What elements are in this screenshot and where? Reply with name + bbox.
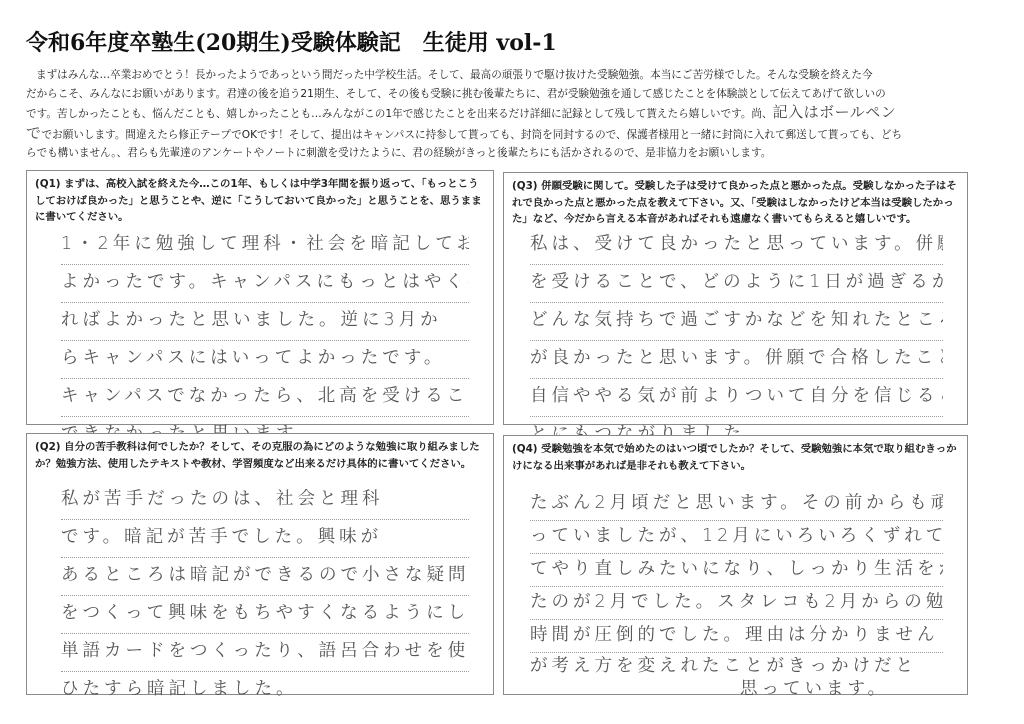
answer-line: 思っています。 (530, 679, 943, 703)
answer-line: 私が苦手だったのは、社会と理科 (61, 482, 469, 520)
answer-line: たのが2月でした。スタレコも2月からの勉強 (530, 587, 943, 620)
title-sub: 生徒用 vol-1 (423, 30, 557, 56)
answer-line: をつくって興味をもちやすくなるようにしました。 (61, 596, 469, 634)
answer-line: っていましたが、12月にいろいろくずれてしまっ (530, 521, 943, 554)
answer-line: キャンパスでなかったら、北高を受けることすら (61, 379, 469, 417)
question-box-q2: (Q2) 自分の苦手教科は何でしたか？そして、その克服の為にどのような勉強に取り… (26, 433, 494, 695)
answer-area-q1[interactable]: 1・2年に勉強して理科・社会を暗記しておけば よかったです。キャンパスにもっとは… (61, 227, 469, 455)
answer-area-q4[interactable]: たぶん2月頃だと思います。その前からも頑張 っていましたが、12月にいろいろくず… (530, 488, 943, 703)
answer-line: ればよかったと思いました。逆に3月か (61, 303, 469, 341)
answer-line: たぶん2月頃だと思います。その前からも頑張 (530, 488, 943, 521)
answer-line: が良かったと思います。併願で合格したことで、 (530, 341, 943, 379)
question-prompt-q1: (Q1) まずは、高校入試を終えた今…この1年、もしくは中学3年間を振り返って、… (35, 176, 485, 226)
answer-line: どんな気持ちで過ごすかなどを知れたところ (530, 303, 943, 341)
question-box-q4: (Q4) 受験勉強を本気で始めたのはいつ頃でしたか？そして、受験勉強に本気で取り… (503, 435, 968, 695)
answer-line: あるところは暗記ができるので小さな疑問 (61, 558, 469, 596)
answer-line: 時間が圧倒的でした。理由は分かりません (530, 620, 943, 653)
intro-line-2: だからこそ、みんなにお願いがあります。君達の後を追う21期生、そして、その後も受… (26, 85, 1006, 104)
question-box-q1: (Q1) まずは、高校入試を終えた今…この1年、もしくは中学3年間を振り返って、… (26, 170, 494, 425)
intro-line-4: ででお願いします。間違えたら修正テープでOKです！そして、提出はキャンパスに持参… (26, 124, 1006, 145)
answer-line: が考え方を変えれたことがきっかけだと (530, 653, 943, 679)
answer-area-q3[interactable]: 私は、受けて良かったと思っています。併願 を受けることで、どのように1日が過ぎる… (530, 227, 943, 455)
answer-line: を受けることで、どのように1日が過ぎるか、 (530, 265, 943, 303)
question-prompt-q2: (Q2) 自分の苦手教科は何でしたか？そして、その克服の為にどのような勉強に取り… (35, 439, 485, 472)
intro-line-1: まずはみんな…卒業おめでとう！長かったようであっという間だった中学校生活。そして… (26, 66, 1006, 85)
answer-line: らキャンパスにはいってよかったです。 (61, 341, 469, 379)
intro-paragraph: まずはみんな…卒業おめでとう！長かったようであっという間だった中学校生活。そして… (26, 66, 1006, 163)
answer-line: 私は、受けて良かったと思っています。併願 (530, 227, 943, 265)
page-title: 令和6年度卒塾生(20期生)受験体験記生徒用 vol-1 (26, 26, 557, 57)
question-prompt-q4: (Q4) 受験勉強を本気で始めたのはいつ頃でしたか？そして、受験勉強に本気で取り… (512, 441, 959, 474)
answer-area-q2[interactable]: 私が苦手だったのは、社会と理科 です。暗記が苦手でした。興味が あるところは暗記… (61, 482, 469, 710)
intro-emphasis: 記入はボールペン (773, 103, 897, 121)
answer-line: ひたすら暗記しました。 (61, 672, 469, 710)
intro-line-3: です。苦しかったことも、悩んだことも、嬉しかったことも…みんながこの1年で感じた… (26, 103, 1006, 124)
question-prompt-q3: (Q3) 併願受験に関して。受験した子は受けて良かった点と悪かった点。受験しなか… (512, 178, 959, 228)
answer-line: 単語カードをつくったり、語呂合わせを使って (61, 634, 469, 672)
question-box-q3: (Q3) 併願受験に関して。受験した子は受けて良かった点と悪かった点。受験しなか… (503, 172, 968, 425)
answer-line: です。暗記が苦手でした。興味が (61, 520, 469, 558)
intro-line-5: らでも構いません。、君らも先輩達のアンケートやノートに刺激を受けたように、君の経… (26, 144, 1006, 163)
answer-line: てやり直しみたいになり、しっかり生活をかえ (530, 554, 943, 587)
answer-line: 自信ややる気が前よりついて自分を信じるこ (530, 379, 943, 417)
answer-line: よかったです。キャンパスにもっとはやくはいってい (61, 265, 469, 303)
title-main: 令和6年度卒塾生(20期生)受験体験記 (26, 30, 401, 56)
answer-line: 1・2年に勉強して理科・社会を暗記しておけば (61, 227, 469, 265)
